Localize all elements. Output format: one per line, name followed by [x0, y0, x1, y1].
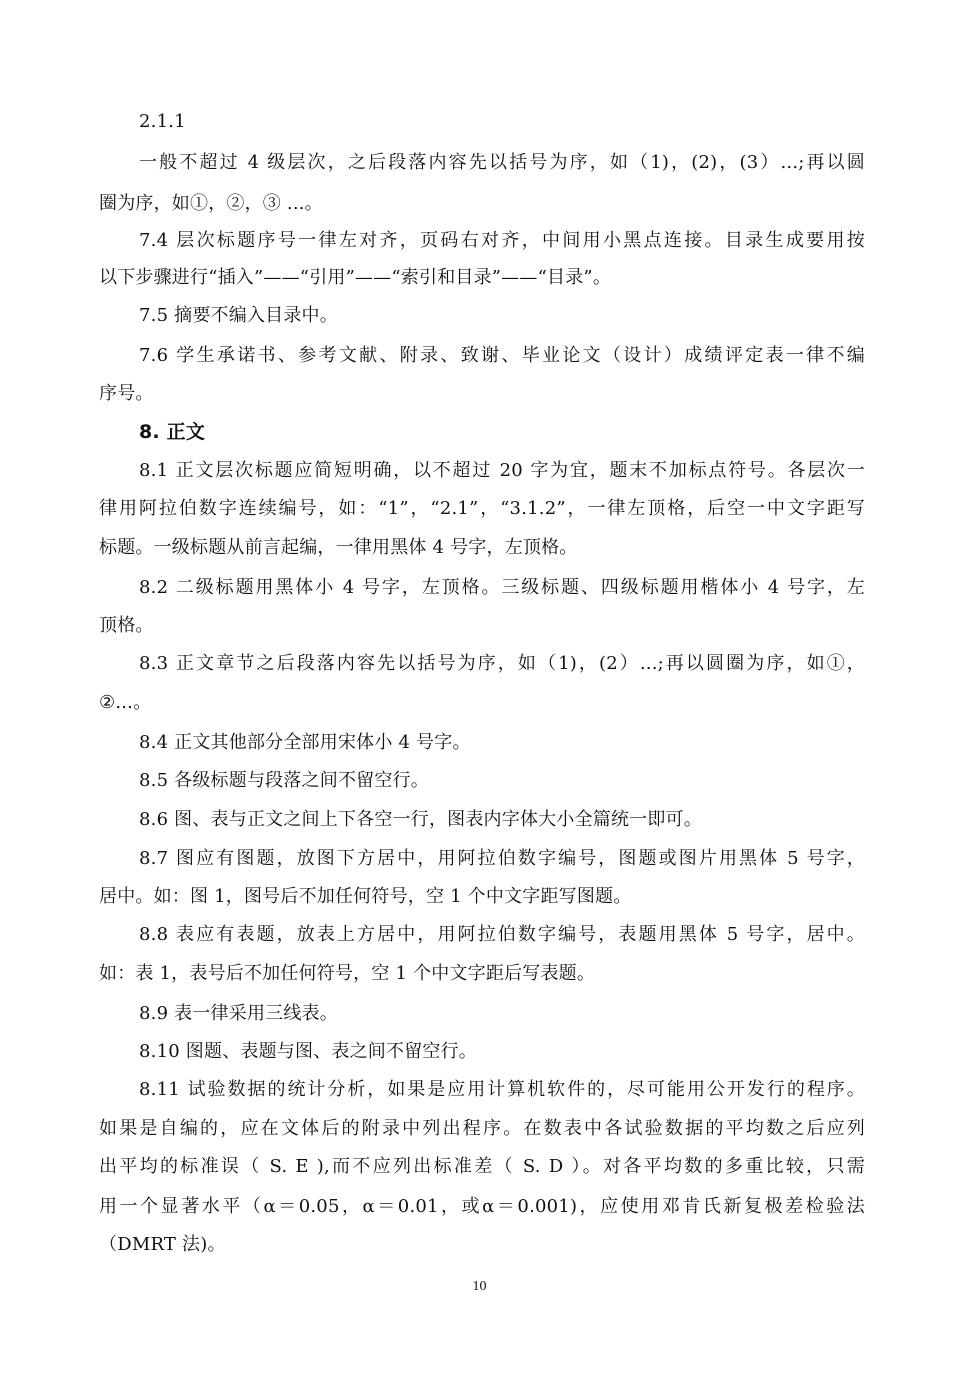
paragraph-line: ②...。 — [99, 691, 151, 715]
paragraph-line: （DMRT 法)。 — [99, 1233, 226, 1257]
document-page: 2.1.1一般不超过 4 级层次，之后段落内容先以括号为序，如（1)，(2)，(… — [0, 0, 959, 1386]
paragraph-line: 8.4 正文其他部分全部用宋体小 4 号字。 — [139, 731, 471, 755]
paragraph-line: 8.6 图、表与正文之间上下各空一行，图表内字体大小全篇统一即可。 — [139, 808, 702, 832]
paragraph-line: 居中。如：图 1，图号后不加任何符号，空 1 个中文字距写图题。 — [99, 885, 631, 909]
paragraph-line: 圈为序，如①，②，③ ...。 — [99, 192, 323, 216]
page-number: 10 — [0, 1278, 959, 1296]
paragraph-line: 8.2 二级标题用黑体小 4 号字，左顶格。三级标题、四级标题用楷体小 4 号字… — [139, 576, 865, 600]
paragraph-line: 2.1.1 — [139, 110, 186, 134]
paragraph-line: 7.6 学生承诺书、参考文献、附录、致谢、毕业论文（设计）成绩评定表一律不编 — [139, 344, 865, 368]
paragraph-line: 8.3 正文章节之后段落内容先以括号为序，如（1)，(2）...;再以圆圈为序，… — [139, 652, 865, 676]
paragraph-line: 如果是自编的，应在文体后的附录中列出程序。在数表中各试验数据的平均数之后应列 — [99, 1117, 865, 1141]
paragraph-line: 如：表 1，表号后不加任何符号，空 1 个中文字距后写表题。 — [99, 962, 595, 986]
paragraph-line: 7.5 摘要不编入目录中。 — [139, 304, 338, 328]
paragraph-line: 顶格。 — [99, 614, 154, 638]
paragraph-line: 出平均的标准误（ S. E ),而不应列出标准差（ S. D ）。对各平均数的多… — [99, 1155, 865, 1179]
paragraph-line: 律用阿拉伯数字连续编号，如：“1”，“2.1”，“3.1.2”，一律左顶格，后空… — [99, 497, 865, 521]
paragraph-line: 一般不超过 4 级层次，之后段落内容先以括号为序，如（1)，(2)，(3）...… — [139, 151, 865, 175]
paragraph-line: 以下步骤进行“插入”——“引用”——“索引和目录”——“目录”。 — [99, 266, 611, 290]
paragraph-line: 8.8 表应有表题，放表上方居中，用阿拉伯数字编号，表题用黑体 5 号字，居中。 — [139, 923, 865, 947]
paragraph-line: 8.5 各级标题与段落之间不留空行。 — [139, 769, 429, 793]
section-heading: 8. 正文 — [139, 420, 205, 444]
paragraph-line: 序号。 — [99, 382, 154, 406]
paragraph-line: 7.4 层次标题序号一律左对齐，页码右对齐，中间用小黑点连接。目录生成要用按 — [139, 229, 865, 253]
paragraph-line: 用一个显著水平（α＝0.05，α＝0.01，或α＝0.001)，应使用邓肯氏新复… — [99, 1195, 865, 1219]
paragraph-line: 8.1 正文层次标题应简短明确，以不超过 20 字为宜，题末不加标点符号。各层次… — [139, 459, 865, 483]
paragraph-line: 8.11 试验数据的统计分析，如果是应用计算机软件的，尽可能用公开发行的程序。 — [139, 1078, 865, 1102]
paragraph-line: 8.9 表一律采用三线表。 — [139, 1002, 338, 1026]
paragraph-line: 标题。一级标题从前言起编，一律用黑体 4 号字，左顶格。 — [99, 536, 578, 560]
paragraph-line: 8.7 图应有图题，放图下方居中，用阿拉伯数字编号，图题或图片用黑体 5 号字， — [139, 847, 865, 871]
paragraph-line: 8.10 图题、表题与图、表之间不留空行。 — [139, 1040, 477, 1064]
